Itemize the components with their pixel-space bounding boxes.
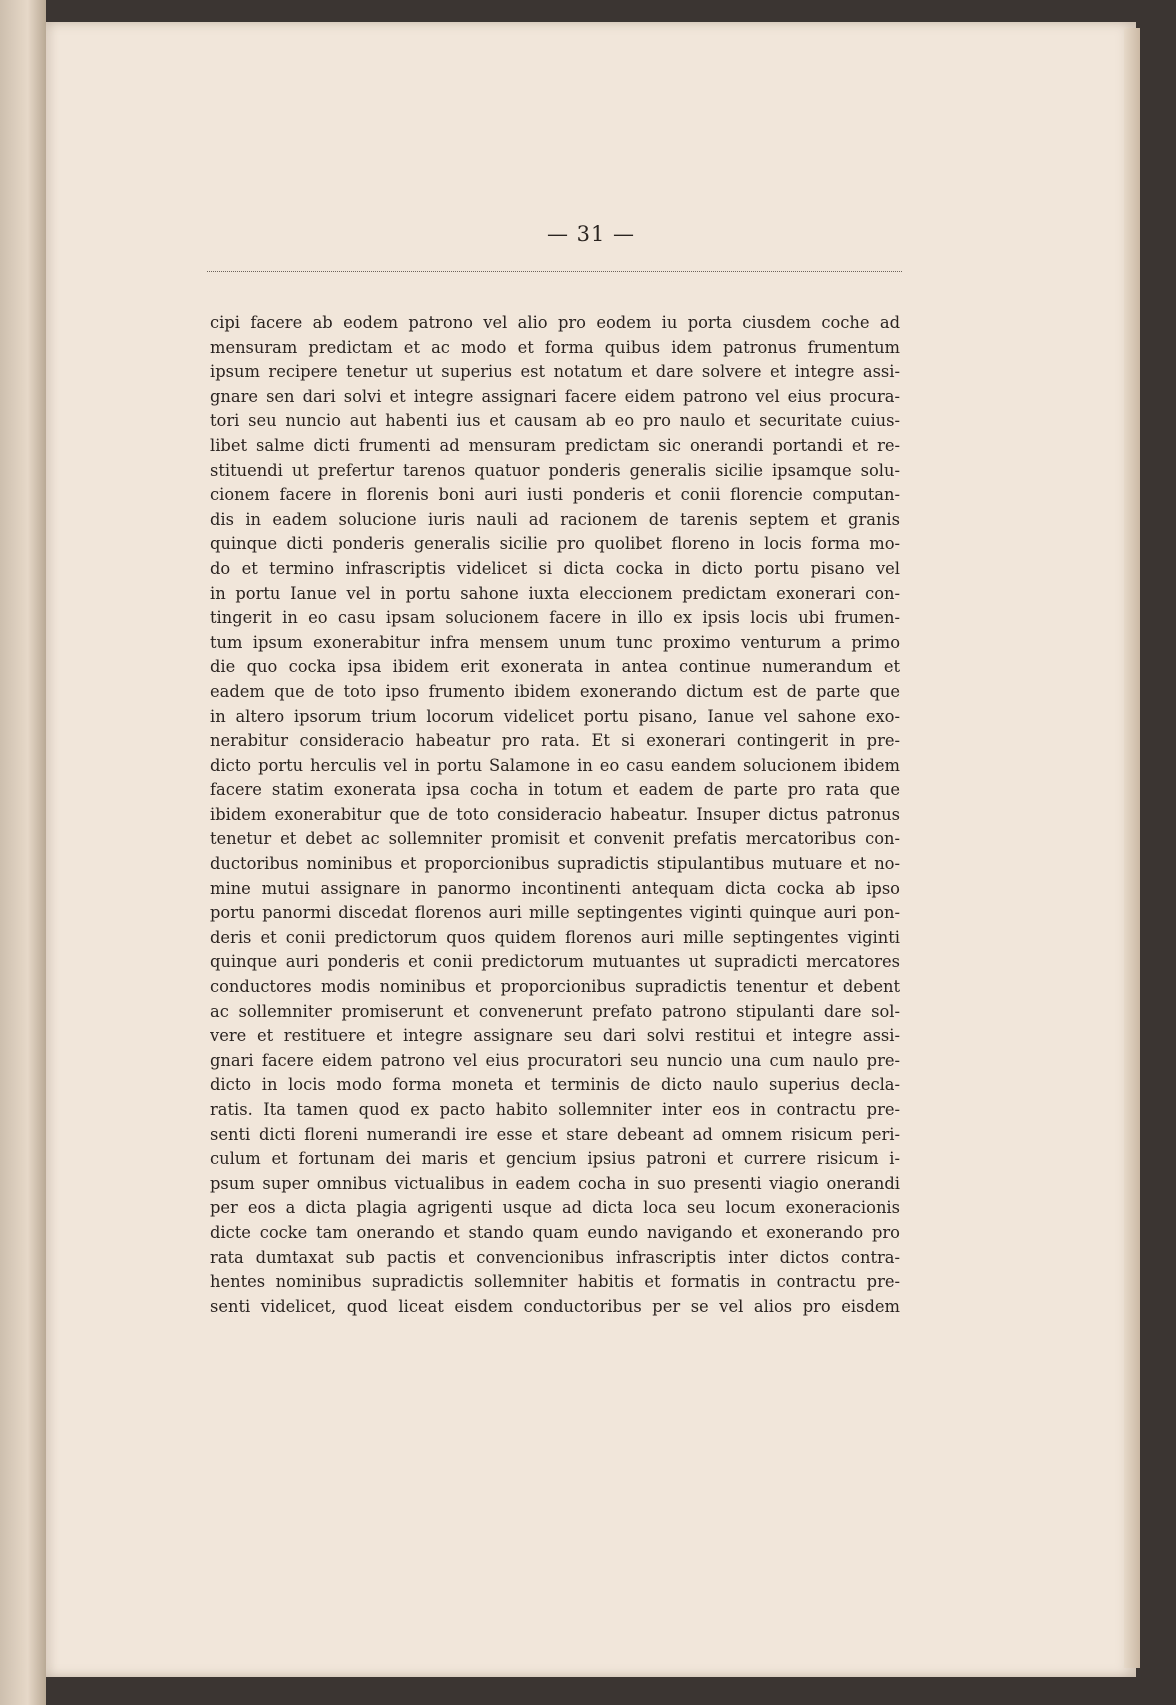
- text-line: dis in eadem solucione iuris nauli ad ra…: [210, 508, 900, 533]
- text-line: do et termino infrascriptis videlicet si…: [210, 557, 900, 582]
- text-line: rata dumtaxat sub pactis et convencionib…: [210, 1246, 900, 1271]
- text-line: tori seu nuncio aut habenti ius et causa…: [210, 409, 900, 434]
- page-stack-edge: [1124, 28, 1140, 1668]
- text-line: quinque auri ponderis et conii predictor…: [210, 950, 900, 975]
- text-line: die quo cocka ipsa ibidem erit exonerata…: [210, 655, 900, 680]
- text-line: cipi facere ab eodem patrono vel alio pr…: [210, 311, 900, 336]
- text-line: libet salme dicti frumenti ad mensuram p…: [210, 434, 900, 459]
- text-line: tingerit in eo casu ipsam solucionem fac…: [210, 606, 900, 631]
- text-line: dicte cocke tam onerando et stando quam …: [210, 1221, 900, 1246]
- text-line: deris et conii predictorum quos quidem f…: [210, 926, 900, 951]
- text-line: tum ipsum exonerabitur infra mensem unum…: [210, 631, 900, 656]
- text-line: senti videlicet, quod liceat eisdem cond…: [210, 1295, 900, 1320]
- text-line: facere statim exonerata ipsa cocha in to…: [210, 778, 900, 803]
- text-line: portu panormi discedat florenos auri mil…: [210, 901, 900, 926]
- text-line: gnare sen dari solvi et integre assignar…: [210, 385, 900, 410]
- text-line: in altero ipsorum trium locorum videlice…: [210, 705, 900, 730]
- text-line: gnari facere eidem patrono vel eius proc…: [210, 1049, 900, 1074]
- text-line: quinque dicti ponderis generalis sicilie…: [210, 532, 900, 557]
- text-line: culum et fortunam dei maris et gencium i…: [210, 1147, 900, 1172]
- text-line: hentes nominibus supradictis sollemniter…: [210, 1270, 900, 1295]
- text-line: vere et restituere et integre assignare …: [210, 1024, 900, 1049]
- text-line: in portu Ianue vel in portu sahone iuxta…: [210, 582, 900, 607]
- header-rule: [207, 271, 902, 272]
- text-line: conductores modis nominibus et proporcio…: [210, 975, 900, 1000]
- text-line: ac sollemniter promiserunt et convenerun…: [210, 1000, 900, 1025]
- text-line: ipsum recipere tenetur ut superius est n…: [210, 360, 900, 385]
- text-line: nerabitur consideracio habeatur pro rata…: [210, 729, 900, 754]
- previous-page-edge: [0, 0, 46, 1705]
- text-line: senti dicti floreni numerandi ire esse e…: [210, 1123, 900, 1148]
- book-page: — 31 — cipi facere ab eodem patrono vel …: [46, 22, 1136, 1677]
- text-line: cionem facere in florenis boni auri iust…: [210, 483, 900, 508]
- text-line: per eos a dicta plagia agrigenti usque a…: [210, 1196, 900, 1221]
- text-line: ibidem exonerabitur que de toto consider…: [210, 803, 900, 828]
- text-line: ductoribus nominibus et proporcionibus s…: [210, 852, 900, 877]
- text-line: eadem que de toto ipso frumento ibidem e…: [210, 680, 900, 705]
- body-text: cipi facere ab eodem patrono vel alio pr…: [210, 311, 900, 1319]
- text-line: psum super omnibus victualibus in eadem …: [210, 1172, 900, 1197]
- text-line: ratis. Ita tamen quod ex pacto habito so…: [210, 1098, 900, 1123]
- page-number: — 31 —: [46, 222, 1136, 246]
- text-line: stituendi ut prefertur tarenos quatuor p…: [210, 459, 900, 484]
- text-line: mensuram predictam et ac modo et forma q…: [210, 336, 900, 361]
- text-line: mine mutui assignare in panormo incontin…: [210, 877, 900, 902]
- text-line: dicto in locis modo forma moneta et term…: [210, 1073, 900, 1098]
- text-line: tenetur et debet ac sollemniter promisit…: [210, 827, 900, 852]
- text-line: dicto portu herculis vel in portu Salamo…: [210, 754, 900, 779]
